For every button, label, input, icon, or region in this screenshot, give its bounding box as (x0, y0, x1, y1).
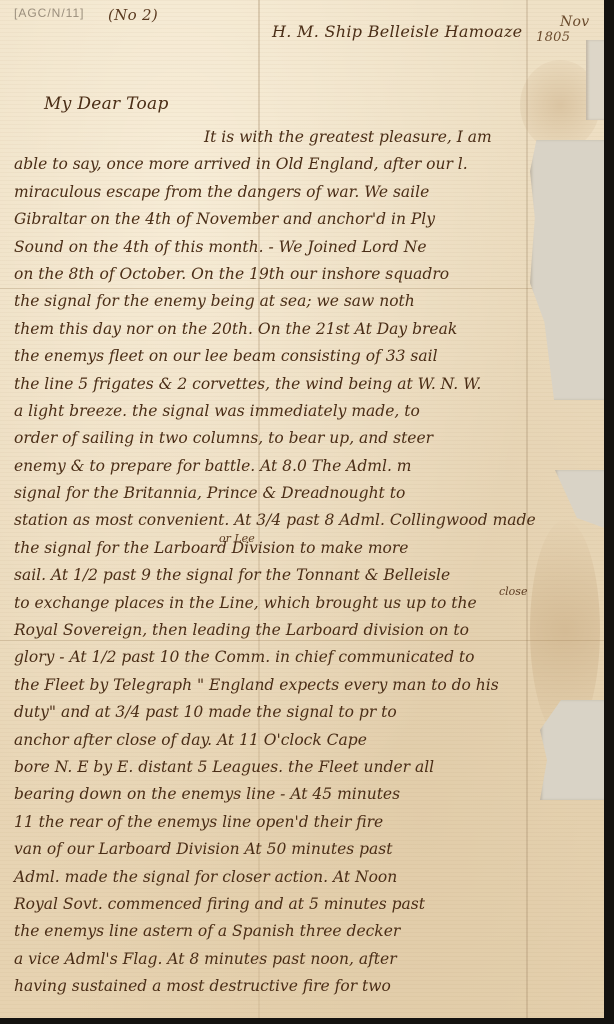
body-line: the enemys fleet on our lee beam consist… (14, 343, 604, 370)
body-line: having sustained a most destructive fire… (14, 973, 604, 1000)
salutation: My Dear Toap (44, 94, 169, 114)
body-line: Royal Sovt. commenced firing and at 5 mi… (14, 891, 604, 918)
interlinear-insertion: or Lee (219, 525, 255, 552)
scan-border (604, 0, 614, 1024)
letter-body: It is with the greatest pleasure, I am a… (14, 124, 604, 1001)
body-line: Adml. made the signal for closer action.… (14, 864, 604, 891)
body-line: glory - At 1/2 past 10 the Comm. in chie… (14, 644, 604, 671)
body-line: Royal Sovereign, then leading the Larboa… (14, 617, 604, 644)
body-line: bore N. E by E. distant 5 Leagues. the F… (14, 754, 604, 781)
body-line: bearing down on the enemys line - At 45 … (14, 781, 604, 808)
body-line: the signal for the Larboard Division to … (14, 535, 604, 562)
torn-edge (586, 40, 604, 120)
body-line: anchor after close of day. At 11 O'clock… (14, 727, 604, 754)
body-line: enemy & to prepare for battle. At 8.0 Th… (14, 453, 604, 480)
scan-border (0, 1018, 614, 1024)
body-line: a vice Adml's Flag. At 8 minutes past no… (14, 946, 604, 973)
body-line: duty" and at 3/4 past 10 made the signal… (14, 699, 604, 726)
body-line-text: the signal for the Larboard Division to … (14, 539, 408, 557)
body-line: van of our Larboard Division At 50 minut… (14, 836, 604, 863)
body-line: the Fleet by Telegraph " England expects… (14, 672, 604, 699)
interlinear-insertion: close (499, 578, 527, 605)
body-line: Sound on the 4th of this month. - We Joi… (14, 234, 604, 261)
body-line: on the 8th of October. On the 19th our i… (14, 261, 604, 288)
body-line: the line 5 frigates & 2 corvettes, the w… (14, 371, 604, 398)
letter-heading: H. M. Ship Belleisle Hamoaze (272, 22, 522, 41)
body-line: signal for the Britannia, Prince & Dread… (14, 480, 604, 507)
body-line: 11 the rear of the enemys line open'd th… (14, 809, 604, 836)
date-mark-month: Nov (560, 14, 590, 30)
body-line-text: to exchange places in the Line, which br… (14, 594, 477, 612)
body-line: miraculous escape from the dangers of wa… (14, 179, 604, 206)
body-line: to exchange places in the Line, which br… (14, 590, 604, 617)
body-line: able to say, once more arrived in Old En… (14, 151, 604, 178)
document-number: (No 2) (108, 6, 158, 24)
body-line: It is with the greatest pleasure, I am (14, 124, 604, 151)
body-line: them this day nor on the 20th. On the 21… (14, 316, 604, 343)
date-mark-year: 1805 (536, 30, 570, 45)
body-line: Gibraltar on the 4th of November and anc… (14, 206, 604, 233)
letter-page: [AGC/N/11] (No 2) H. M. Ship Belleisle H… (0, 0, 604, 1018)
body-line: order of sailing in two columns, to bear… (14, 425, 604, 452)
body-line: station as most convenient. At 3/4 past … (14, 507, 604, 534)
body-line: a light breeze. the signal was immediate… (14, 398, 604, 425)
archive-reference: [AGC/N/11] (14, 6, 84, 20)
body-line: the signal for the enemy being at sea; w… (14, 288, 604, 315)
body-line: the enemys line astern of a Spanish thre… (14, 918, 604, 945)
